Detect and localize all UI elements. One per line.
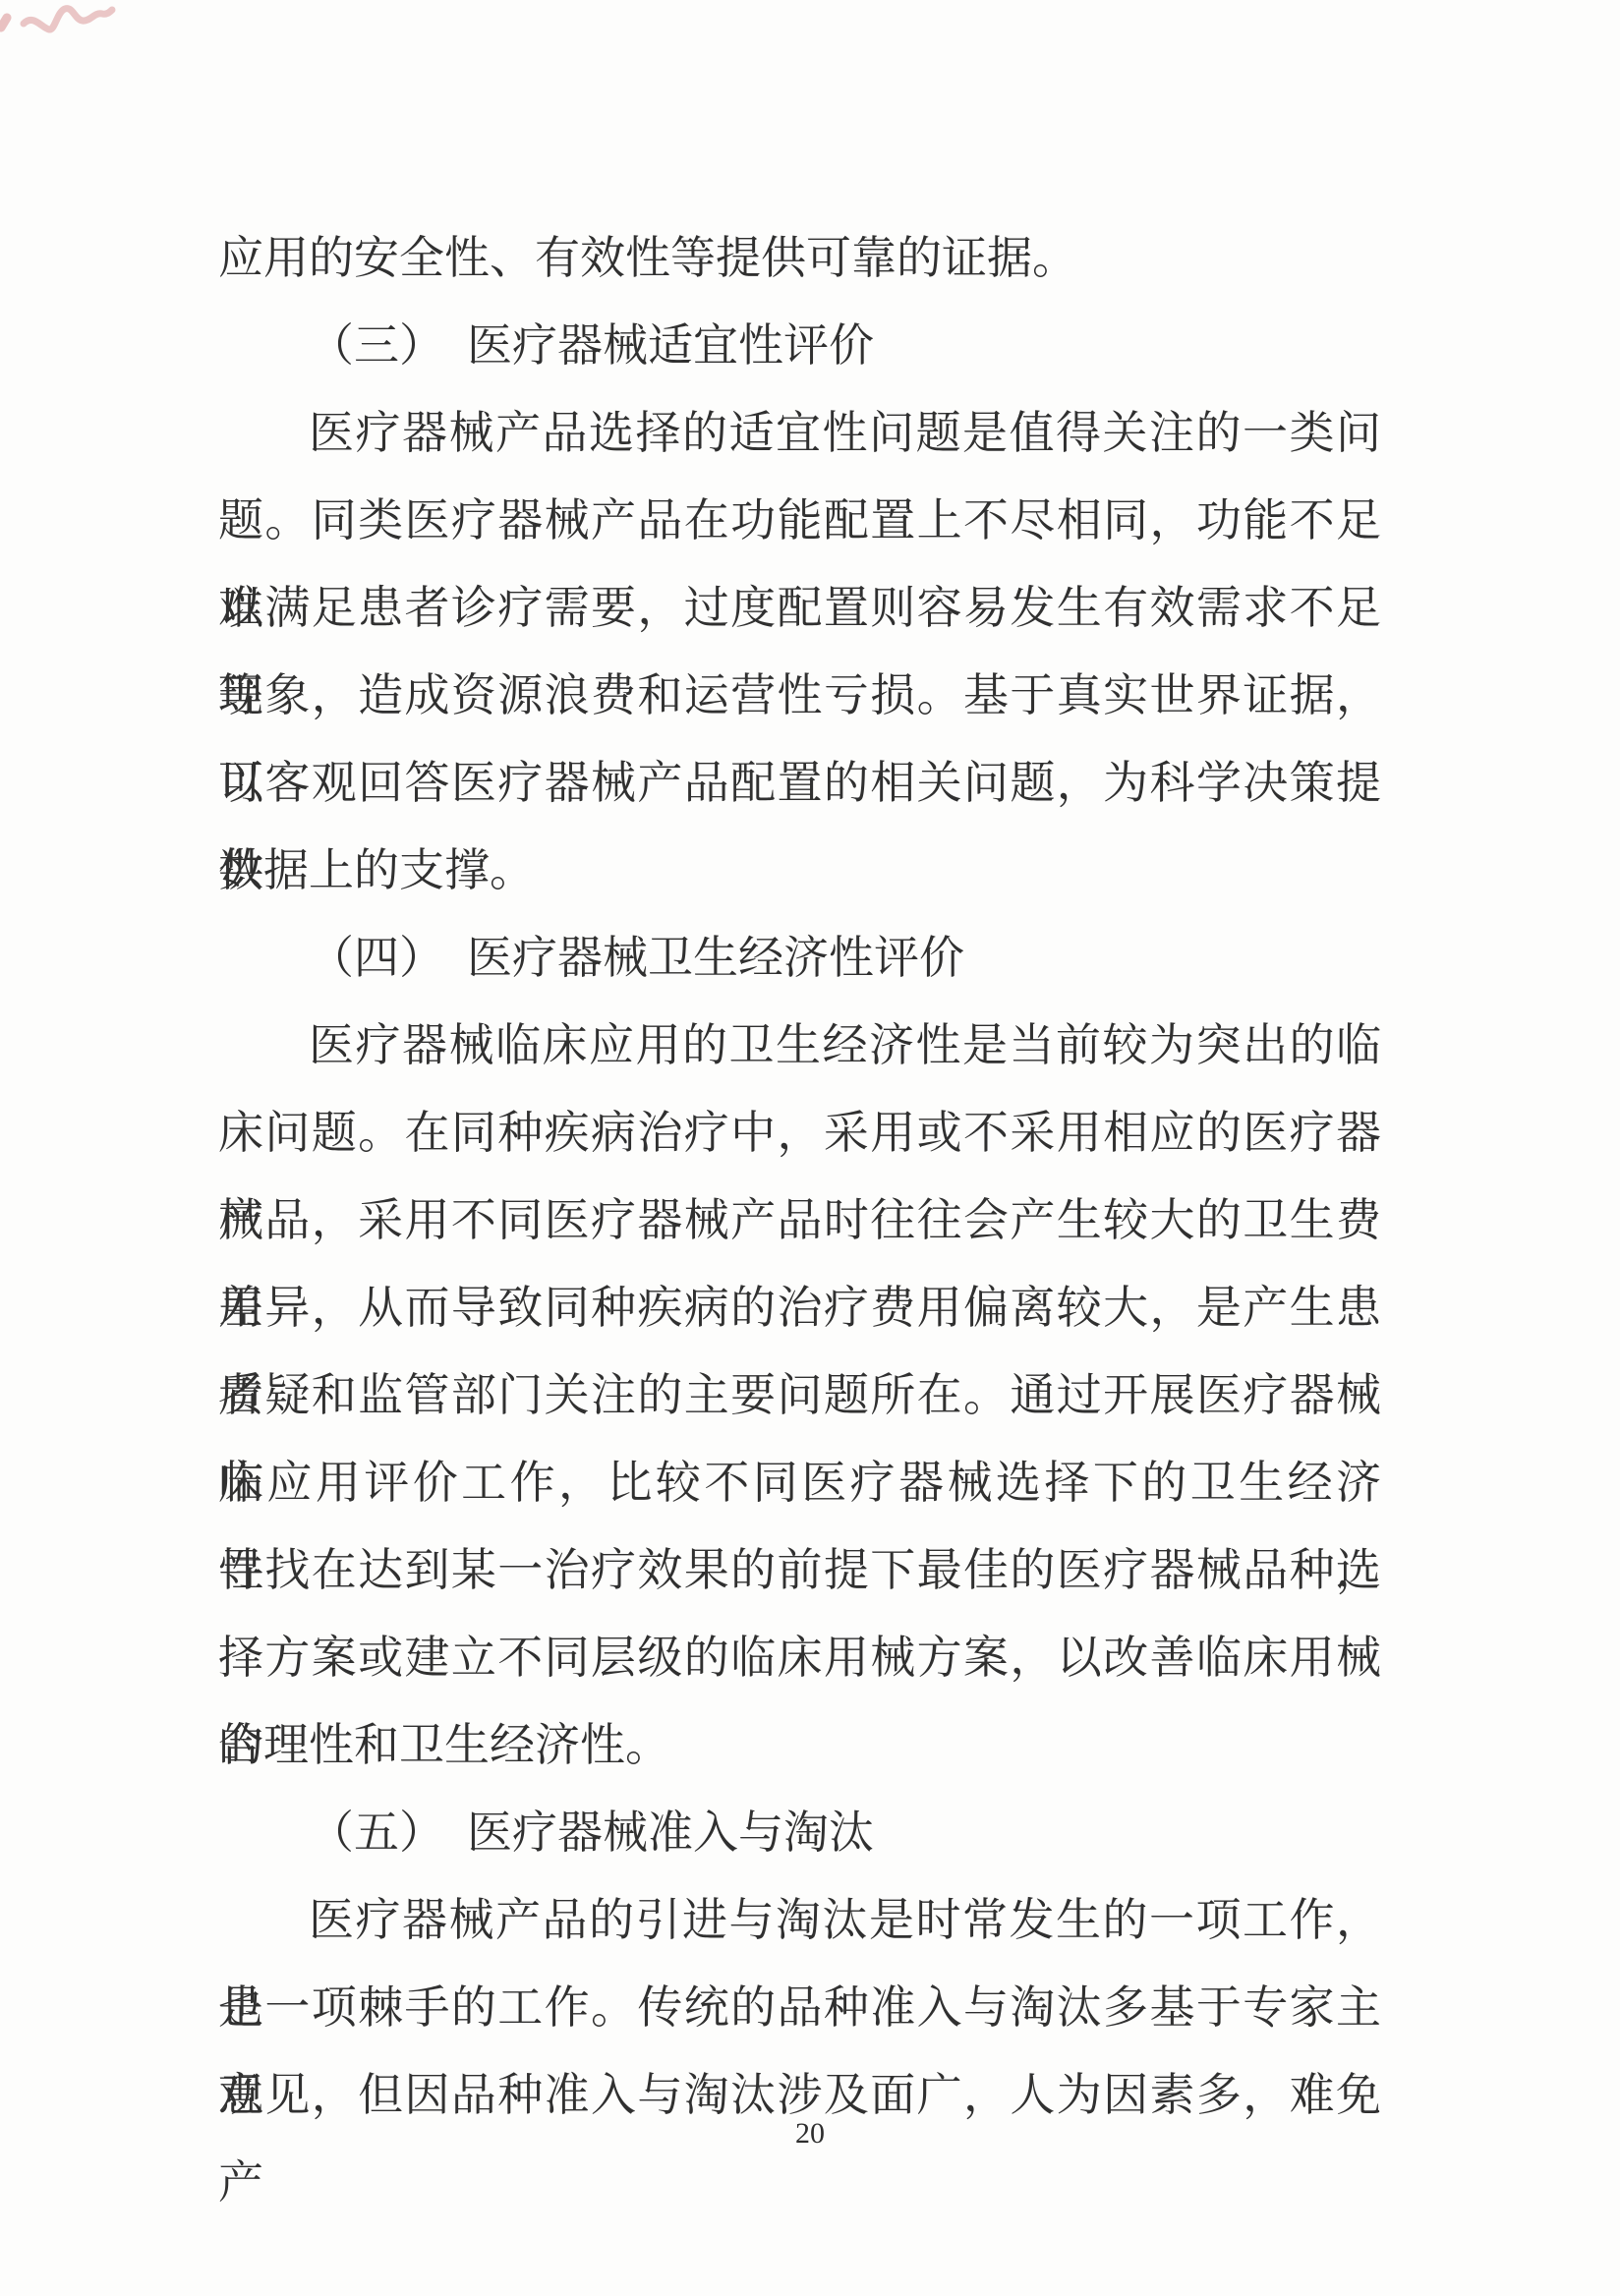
text-line: 医疗器械临床应用的卫生经济性是当前较为突出的临 xyxy=(218,1002,1381,1089)
text-line: 择方案或建立不同层级的临床用械方案，以改善临床用械的 xyxy=(218,1614,1381,1701)
text-line: 寻找在达到某一治疗效果的前提下最佳的医疗器械品种选 xyxy=(218,1526,1381,1614)
text-line: 床应用评价工作，比较不同医疗器械选择下的卫生经济性， xyxy=(218,1439,1381,1526)
text-line: 以客观回答医疗器械产品配置的相关问题，为科学决策提供 xyxy=(218,739,1381,827)
text-line: 医疗器械产品的引进与淘汰是时常发生的一项工作，也 xyxy=(218,1876,1381,1964)
section-heading: （三） 医疗器械适宜性评价 xyxy=(218,302,1381,389)
text-line: 床问题。在同种疾病治疗中，采用或不采用相应的医疗器械 xyxy=(218,1089,1381,1177)
text-line: 是一项棘手的工作。传统的品种准入与淘汰多基于专家主观 xyxy=(218,1964,1381,2051)
text-line: 题。同类医疗器械产品在功能配置上不尽相同，功能不足难 xyxy=(218,477,1381,564)
text-line: 医疗器械产品选择的适宜性问题是值得关注的一类问 xyxy=(218,389,1381,477)
section-heading: （五） 医疗器械准入与淘汰 xyxy=(218,1789,1381,1876)
text-line: 现象，造成资源浪费和运营性亏损。基于真实世界证据，可 xyxy=(218,652,1381,739)
red-pen-annotation xyxy=(0,0,138,59)
text-line: 差异，从而导致同种疾病的治疗费用偏离较大，是产生患者 xyxy=(218,1264,1381,1351)
text-line: 产品，采用不同医疗器械产品时往往会产生较大的卫生费用 xyxy=(218,1177,1381,1264)
document-body: 应用的安全性、有效性等提供可靠的证据。 （三） 医疗器械适宜性评价 医疗器械产品… xyxy=(218,214,1381,2139)
red-pen-stroke xyxy=(1,18,7,28)
text-line: 合理性和卫生经济性。 xyxy=(218,1701,1381,1789)
text-line: 质疑和监管部门关注的主要问题所在。通过开展医疗器械临 xyxy=(218,1351,1381,1439)
text-line: 数据上的支撑。 xyxy=(218,827,1381,914)
document-page: 应用的安全性、有效性等提供可靠的证据。 （三） 医疗器械适宜性评价 医疗器械产品… xyxy=(0,0,1620,2296)
page-number: 20 xyxy=(0,2113,1620,2154)
section-heading: （四） 医疗器械卫生经济性评价 xyxy=(218,914,1381,1002)
red-pen-stroke xyxy=(24,9,112,29)
text-line: 应用的安全性、有效性等提供可靠的证据。 xyxy=(218,214,1381,302)
text-line: 以满足患者诊疗需要，过度配置则容易发生有效需求不足等 xyxy=(218,564,1381,652)
